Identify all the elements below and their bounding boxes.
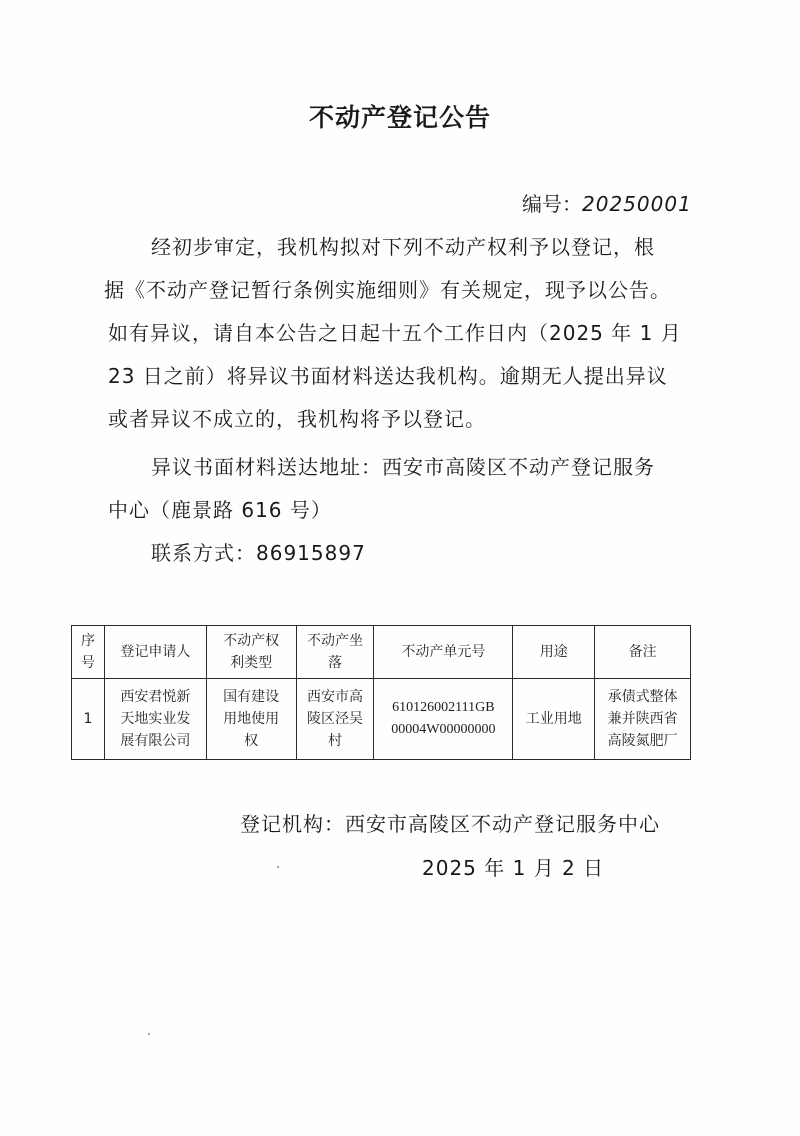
serial-label: 编号： — [522, 192, 582, 216]
cell-location: 西安市高陵区泾吴村 — [296, 679, 374, 760]
contact-info: 联系方式：86915897 — [108, 532, 688, 575]
document-page: 不动产登记公告 编号：20250001 经初步审定，我机构拟对下列不动产权利予以… — [0, 0, 800, 1136]
body-line: 23 日之前）将异议书面材料送达我机构。逾期无人提出异议 — [108, 355, 688, 398]
issuing-authority: 登记机构：西安市高陵区不动产登记服务中心 — [240, 808, 660, 837]
scan-speck — [148, 1033, 150, 1035]
header-unit-number: 不动产单元号 — [374, 626, 513, 679]
cell-right-type: 国有建设用地使用权 — [206, 679, 296, 760]
cell-applicant: 西安君悦新天地实业发展有限公司 — [104, 679, 206, 760]
registration-table: 序号 登记申请人 不动产权利类型 不动产坐落 不动产单元号 用途 备注 1 西安… — [71, 625, 691, 760]
header-location: 不动产坐落 — [296, 626, 374, 679]
body-line: 如有异议，请自本公告之日起十五个工作日内（2025 年 1 月 — [108, 312, 688, 355]
cell-unit-number: 610126002111GB00004W00000000 — [374, 679, 513, 760]
cell-index: 1 — [72, 679, 105, 760]
objection-address: 异议书面材料送达地址：西安市高陵区不动产登记服务 中心（鹿景路 616 号） — [108, 446, 688, 532]
announcement-body: 经初步审定，我机构拟对下列不动产权利予以登记，根 据《不动产登记暂行条例实施细则… — [108, 226, 688, 441]
body-line: 经初步审定，我机构拟对下列不动产权利予以登记，根 — [108, 226, 688, 269]
table-header-row: 序号 登记申请人 不动产权利类型 不动产坐落 不动产单元号 用途 备注 — [72, 626, 691, 679]
cell-usage: 工业用地 — [513, 679, 595, 760]
scan-speck — [277, 866, 279, 868]
header-usage: 用途 — [513, 626, 595, 679]
contact-line: 联系方式：86915897 — [108, 532, 688, 575]
issue-date: 2025 年 1 月 2 日 — [422, 852, 604, 881]
body-line: 据《不动产登记暂行条例实施细则》有关规定，现予以公告。 — [104, 269, 688, 312]
header-remarks: 备注 — [595, 626, 691, 679]
header-applicant: 登记申请人 — [104, 626, 206, 679]
cell-remarks: 承债式整体兼并陕西省高陵氮肥厂 — [595, 679, 691, 760]
address-line: 异议书面材料送达地址：西安市高陵区不动产登记服务 — [108, 446, 688, 489]
header-right-type: 不动产权利类型 — [206, 626, 296, 679]
address-line: 中心（鹿景路 616 号） — [108, 489, 688, 532]
body-line: 或者异议不成立的，我机构将予以登记。 — [108, 398, 688, 441]
table-row: 1 西安君悦新天地实业发展有限公司 国有建设用地使用权 西安市高陵区泾吴村 61… — [72, 679, 691, 760]
serial-number: 编号：20250001 — [522, 188, 692, 217]
document-title: 不动产登记公告 — [0, 98, 800, 134]
header-index: 序号 — [72, 626, 105, 679]
serial-value-handwritten: 20250001 — [582, 192, 692, 216]
